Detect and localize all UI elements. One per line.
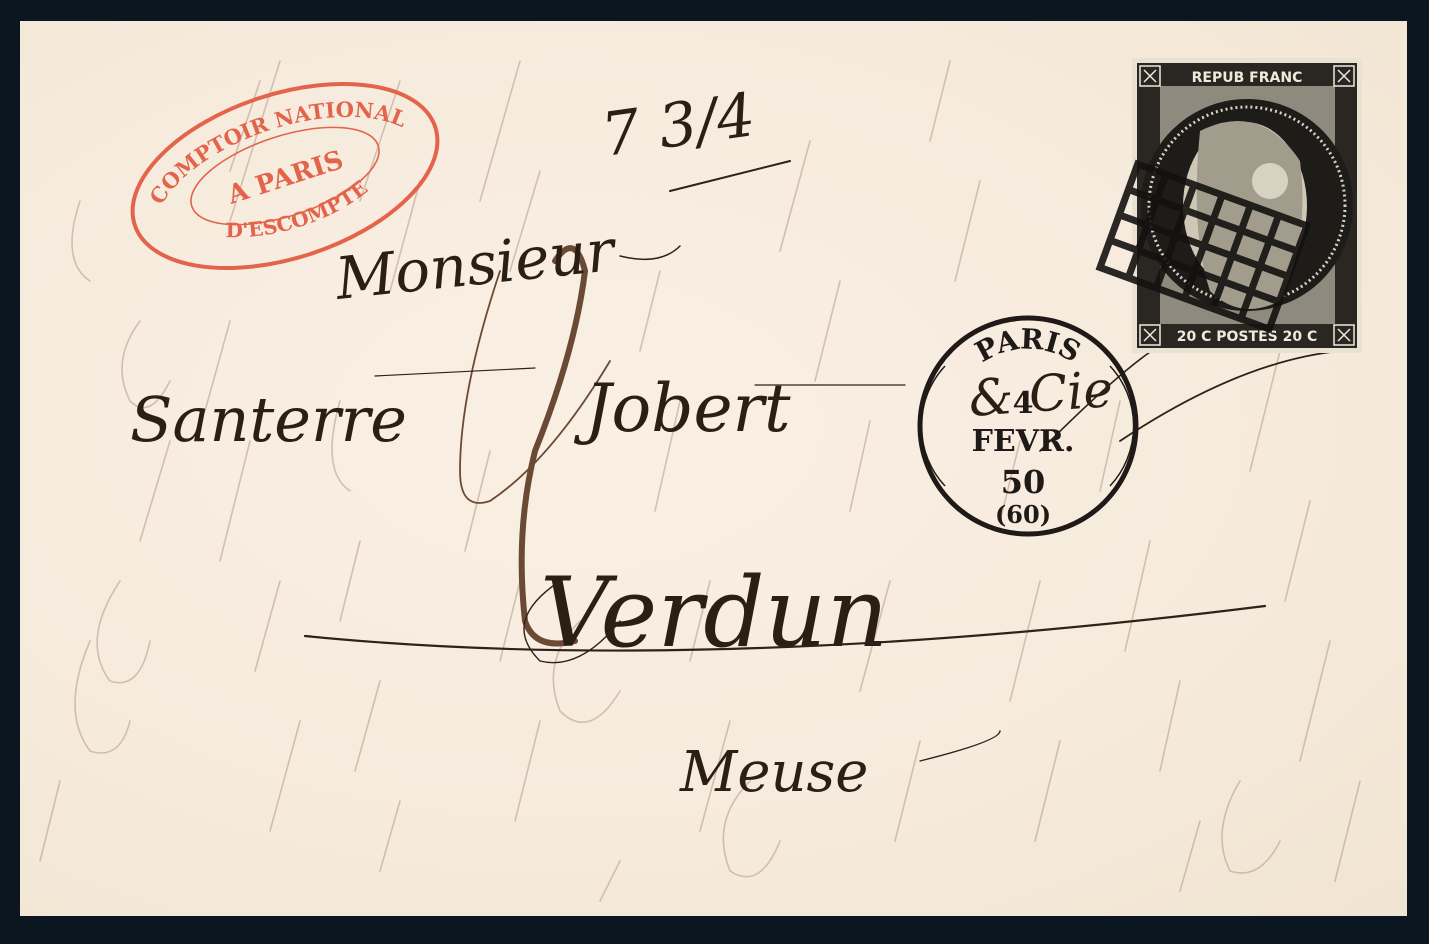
ceres-stamp: REPUB FRANC 20 C POSTES 20 C xyxy=(20,21,1407,916)
stamp-bottom-label: 20 C POSTES 20 C xyxy=(1177,329,1317,345)
envelope-cover: COMPTOIR NATIONAL D'ESCOMPTE A PARIS 7 3… xyxy=(20,21,1407,916)
stamp-top-label: REPUB FRANC xyxy=(1192,70,1303,86)
